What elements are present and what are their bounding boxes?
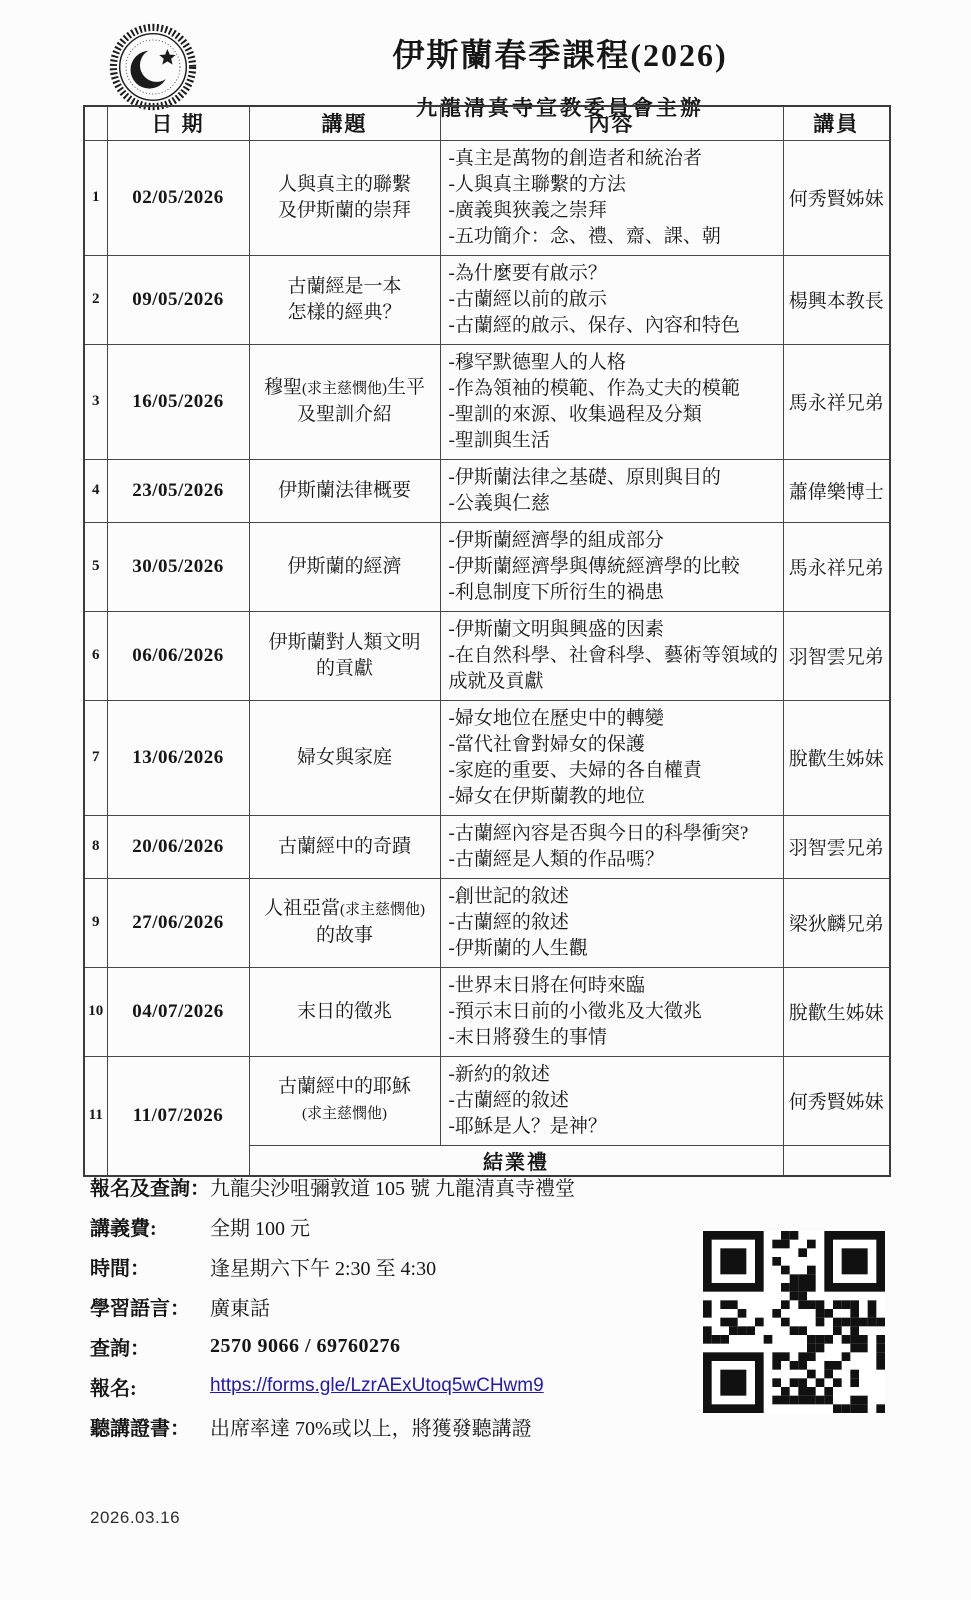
qr-code-image <box>703 1231 885 1413</box>
row-number: 7 <box>84 700 107 815</box>
date-header: 日 期 <box>107 106 249 140</box>
info-row-enquiry-phone: 查詢： 2570 9066 / 69760276 <box>90 1326 700 1366</box>
row-number: 3 <box>84 344 107 459</box>
course-table: 日 期 講題 內容 講員 102/05/2026人與真主的聯繫及伊斯蘭的崇拜-真… <box>83 105 891 1177</box>
course-speaker: 羽智雲兄弟 <box>783 611 890 700</box>
info-row-fee: 講義費: 全期 100 元 <box>90 1206 700 1246</box>
registration-qr-code <box>703 1231 885 1413</box>
course-row: 713/06/2026婦女與家庭-婦女地位在歷史中的轉變-當代社會對婦女的保護-… <box>84 700 890 815</box>
course-topic: 人祖亞當(求主慈憫他)的故事 <box>249 878 440 967</box>
course-topic: 古蘭經中的奇蹟 <box>249 815 440 878</box>
course-date: 11/07/2026 <box>107 1056 249 1176</box>
info-row-registration-link: 報名: https://forms.gle/LzrAExUtoq5wCHwm9 <box>90 1366 700 1406</box>
info-label: 時間： <box>90 1252 210 1281</box>
row-number: 5 <box>84 522 107 611</box>
course-date: 13/06/2026 <box>107 700 249 815</box>
row-number: 11 <box>84 1056 107 1176</box>
venue-address: 九龍尖沙咀彌敦道 105 號 九龍清真寺禮堂 <box>210 1172 575 1201</box>
certificate-requirement: 出席率達 70%或以上，將獲發聽講證 <box>210 1412 532 1441</box>
course-speaker: 脫歡生姊妹 <box>783 700 890 815</box>
course-topic: 末日的徵兆 <box>249 967 440 1056</box>
course-content: -新約的敘述-古蘭經的敘述-耶穌是人？是神？ <box>440 1056 783 1145</box>
course-topic: 人與真主的聯繫及伊斯蘭的崇拜 <box>249 140 440 255</box>
course-content: -為什麼要有啟示？-古蘭經以前的啟示-古蘭經的啟示、保存、內容和特色 <box>440 255 783 344</box>
course-date: 23/05/2026 <box>107 459 249 522</box>
course-topic: 古蘭經是一本怎樣的經典？ <box>249 255 440 344</box>
course-row: 209/05/2026古蘭經是一本怎樣的經典？-為什麼要有啟示？-古蘭經以前的啟… <box>84 255 890 344</box>
course-date: 27/06/2026 <box>107 878 249 967</box>
info-row-certificate: 聽講證書： 出席率達 70%或以上，將獲發聽講證 <box>90 1406 700 1446</box>
course-speaker: 馬永祥兄弟 <box>783 344 890 459</box>
course-content: -創世記的敘述-古蘭經的敘述-伊斯蘭的人生觀 <box>440 878 783 967</box>
info-section: 報名及查詢： 九龍尖沙咀彌敦道 105 號 九龍清真寺禮堂 講義費: 全期 10… <box>90 1166 700 1446</box>
row-number: 6 <box>84 611 107 700</box>
course-date: 20/06/2026 <box>107 815 249 878</box>
course-topic: 穆聖(求主慈憫他)生平及聖訓介紹 <box>249 344 440 459</box>
info-row-registration-enquiry: 報名及查詢： 九龍尖沙咀彌敦道 105 號 九龍清真寺禮堂 <box>90 1166 700 1206</box>
course-speaker: 何秀賢姊妹 <box>783 1056 890 1145</box>
row-number: 4 <box>84 459 107 522</box>
course-date: 30/05/2026 <box>107 522 249 611</box>
course-date: 02/05/2026 <box>107 140 249 255</box>
course-content: -古蘭經內容是否與今日的科學衝突?-古蘭經是人類的作品嗎？ <box>440 815 783 878</box>
table-header-row: 日 期 講題 內容 講員 <box>84 106 890 140</box>
course-schedule-page: 伊斯蘭春季課程(2026) 九龍清真寺宣教委員會主辦 日 期 講題 內容 講員 … <box>0 0 971 1600</box>
course-row: 927/06/2026人祖亞當(求主慈憫他)的故事-創世記的敘述-古蘭經的敘述-… <box>84 878 890 967</box>
course-date: 04/07/2026 <box>107 967 249 1056</box>
row-number: 2 <box>84 255 107 344</box>
graduation-speaker-cell <box>783 1145 890 1176</box>
course-row: 316/05/2026穆聖(求主慈憫他)生平及聖訓介紹-穆罕默德聖人的人格-作為… <box>84 344 890 459</box>
row-number: 10 <box>84 967 107 1056</box>
row-number-header <box>84 106 107 140</box>
enquiry-phone-numbers: 2570 9066 / 69760276 <box>210 1335 401 1358</box>
topic-header: 講題 <box>249 106 440 140</box>
row-number: 9 <box>84 878 107 967</box>
course-date: 06/06/2026 <box>107 611 249 700</box>
info-label: 講義費: <box>90 1212 210 1241</box>
course-speaker: 脫歡生姊妹 <box>783 967 890 1056</box>
info-row-time: 時間： 逢星期六下午 2:30 至 4:30 <box>90 1246 700 1286</box>
course-speaker: 何秀賢姊妹 <box>783 140 890 255</box>
course-language: 廣東話 <box>210 1292 270 1321</box>
info-label: 查詢： <box>90 1332 210 1361</box>
course-table-body: 102/05/2026人與真主的聯繫及伊斯蘭的崇拜-真主是萬物的創造者和統治者-… <box>84 140 890 1176</box>
course-content: -穆罕默德聖人的人格-作為領袖的模範、作為丈夫的模範-聖訓的來源、收集過程及分類… <box>440 344 783 459</box>
course-row: 423/05/2026伊斯蘭法律概要-伊斯蘭法律之基礎、原則與目的-公義與仁慈蕭… <box>84 459 890 522</box>
course-content: -伊斯蘭經濟學的組成部分-伊斯蘭經濟學與傳統經濟學的比較-利息制度下所衍生的禍患 <box>440 522 783 611</box>
info-row-language: 學習語言： 廣東話 <box>90 1286 700 1326</box>
course-date: 16/05/2026 <box>107 344 249 459</box>
course-content: -婦女地位在歷史中的轉變-當代社會對婦女的保護-家庭的重要、夫婦的各自權責-婦女… <box>440 700 783 815</box>
course-topic: 伊斯蘭對人類文明的貢獻 <box>249 611 440 700</box>
course-speaker: 梁狄麟兄弟 <box>783 878 890 967</box>
speaker-header: 講員 <box>783 106 890 140</box>
registration-form-link[interactable]: https://forms.gle/LzrAExUtoq5wCHwm9 <box>210 1375 544 1397</box>
course-content: -真主是萬物的創造者和統治者-人與真主聯繫的方法-廣義與狹義之崇拜-五功簡介：念… <box>440 140 783 255</box>
row-number: 1 <box>84 140 107 255</box>
course-speaker: 馬永祥兄弟 <box>783 522 890 611</box>
course-fee: 全期 100 元 <box>210 1212 310 1241</box>
course-content: -世界末日將在何時來臨-預示末日前的小徵兆及大徵兆-末日將發生的事情 <box>440 967 783 1056</box>
info-label: 報名: <box>90 1372 210 1401</box>
course-row: 530/05/2026伊斯蘭的經濟-伊斯蘭經濟學的組成部分-伊斯蘭經濟學與傳統經… <box>84 522 890 611</box>
page-title: 伊斯蘭春季課程(2026) <box>150 30 970 76</box>
info-label: 學習語言： <box>90 1292 210 1321</box>
course-speaker: 蕭偉樂博士 <box>783 459 890 522</box>
course-row: 1004/07/2026末日的徵兆-世界末日將在何時來臨-預示末日前的小徵兆及大… <box>84 967 890 1056</box>
course-date: 09/05/2026 <box>107 255 249 344</box>
course-row: 102/05/2026人與真主的聯繫及伊斯蘭的崇拜-真主是萬物的創造者和統治者-… <box>84 140 890 255</box>
course-topic: 古蘭經中的耶穌(求主慈憫他) <box>249 1056 440 1145</box>
course-content: -伊斯蘭文明與興盛的因素-在自然科學、社會科學、藝術等領域的成就及貢獻 <box>440 611 783 700</box>
course-speaker: 楊興本教長 <box>783 255 890 344</box>
course-topic: 伊斯蘭的經濟 <box>249 522 440 611</box>
course-topic: 伊斯蘭法律概要 <box>249 459 440 522</box>
content-header: 內容 <box>440 106 783 140</box>
course-topic: 婦女與家庭 <box>249 700 440 815</box>
document-date: 2026.03.16 <box>90 1508 180 1528</box>
course-speaker: 羽智雲兄弟 <box>783 815 890 878</box>
course-row: 820/06/2026古蘭經中的奇蹟-古蘭經內容是否與今日的科學衝突?-古蘭經是… <box>84 815 890 878</box>
course-row: 606/06/2026伊斯蘭對人類文明的貢獻-伊斯蘭文明與興盛的因素-在自然科學… <box>84 611 890 700</box>
course-time: 逢星期六下午 2:30 至 4:30 <box>210 1252 436 1281</box>
info-label: 聽講證書： <box>90 1412 210 1441</box>
info-label: 報名及查詢： <box>90 1172 210 1201</box>
row-number: 8 <box>84 815 107 878</box>
course-row: 1111/07/2026古蘭經中的耶穌(求主慈憫他)-新約的敘述-古蘭經的敘述-… <box>84 1056 890 1145</box>
course-content: -伊斯蘭法律之基礎、原則與目的-公義與仁慈 <box>440 459 783 522</box>
